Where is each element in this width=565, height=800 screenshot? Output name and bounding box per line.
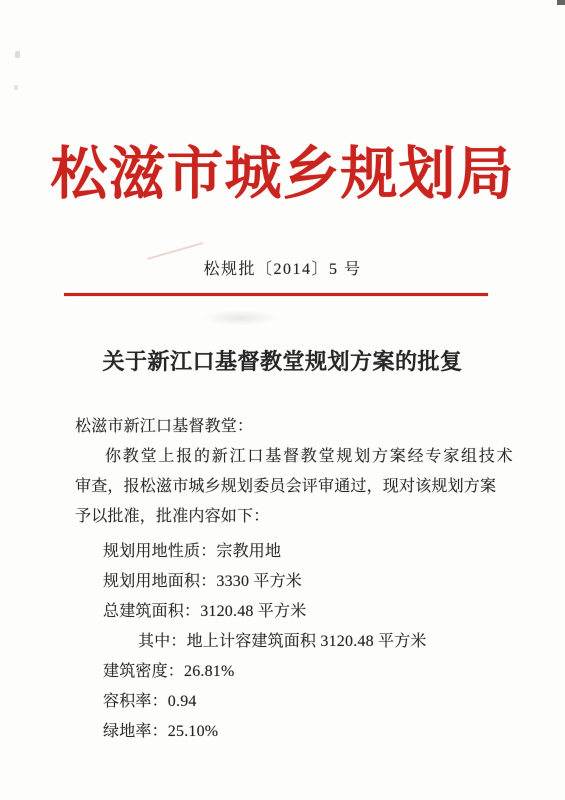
approval-item-plot-ratio: 容积率：0.94	[75, 687, 495, 717]
approval-item-land-area: 规划用地面积：3330 平方米	[75, 567, 495, 597]
red-divider-line	[64, 293, 488, 296]
paragraph-line: 予以批准，批准内容如下：	[75, 502, 495, 532]
approval-item-building-density: 建筑密度：26.81%	[75, 657, 495, 687]
recipient-line: 松滋市新江口基督教堂：	[75, 412, 495, 442]
document-number: 松规批〔2014〕5 号	[0, 256, 565, 279]
scan-artifact-corner-mark	[557, 0, 565, 5]
approval-item-total-floor-area: 总建筑面积：3120.48 平方米	[75, 597, 495, 627]
paragraph-line: 审查，报松滋市城乡规划委员会评审通过，现对该规划方案	[75, 472, 495, 502]
document-title: 关于新江口基督教堂规划方案的批复	[0, 345, 565, 376]
paragraph-line: 你教堂上报的新江口基督教堂规划方案经专家组技术	[75, 442, 495, 472]
approval-item-green-ratio: 绿地率：25.10%	[75, 717, 495, 747]
approval-item-land-use-nature: 规划用地性质：宗教用地	[75, 537, 495, 567]
scan-artifact-smudge	[203, 310, 277, 326]
scan-artifact-speck	[15, 51, 20, 58]
agency-name-letterhead: 松滋市城乡规划局	[0, 138, 565, 212]
approval-item-above-ground-area: 其中：地上计容建筑面积 3120.48 平方米	[75, 627, 495, 657]
scan-artifact-speck	[14, 85, 18, 90]
scanned-document-page: 松滋市城乡规划局 松规批〔2014〕5 号 关于新江口基督教堂规划方案的批复 松…	[0, 0, 565, 800]
document-body: 松滋市新江口基督教堂： 你教堂上报的新江口基督教堂规划方案经专家组技术 审查，报…	[75, 412, 495, 747]
